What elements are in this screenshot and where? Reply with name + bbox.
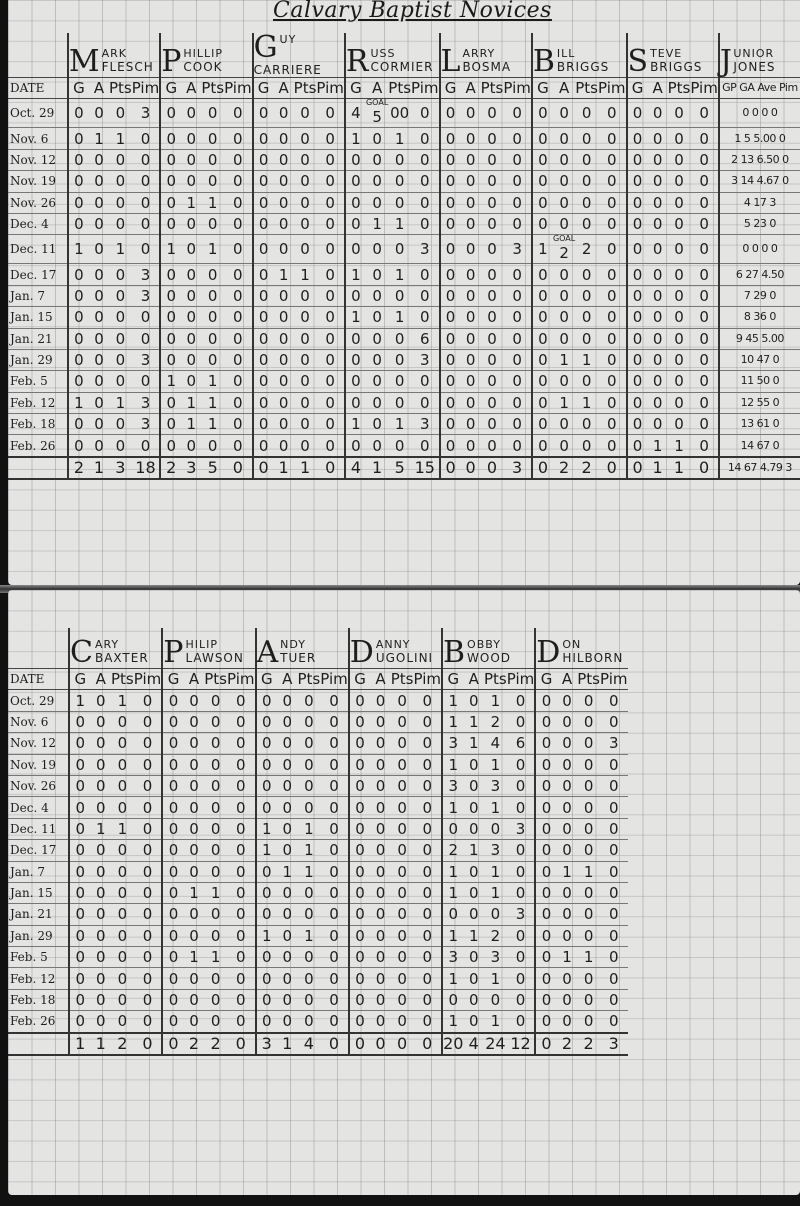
stat-cell: 0 xyxy=(668,99,691,128)
stat-cell: 0 xyxy=(316,235,345,264)
stat-cell: 0 xyxy=(345,371,366,392)
stat-cell: 0 xyxy=(668,371,691,392)
stat-cell: 0 xyxy=(503,285,532,306)
stat-cell: 0 xyxy=(224,285,253,306)
stat-cell: 0 xyxy=(256,1011,278,1033)
stat-cell: 0 xyxy=(648,128,668,149)
stat-cell: 0 xyxy=(109,414,132,435)
game-row: Nov. 1200000000000000000000000000002 13 … xyxy=(8,149,800,170)
stat-cell: 0 xyxy=(132,149,161,170)
stat-cell: 0 xyxy=(253,171,274,192)
stat-cell: 0 xyxy=(256,882,278,903)
stat-cell: 0 xyxy=(648,392,668,413)
game-date: Dec. 11 xyxy=(8,235,68,264)
stat-cell: 0 xyxy=(274,171,294,192)
stat-cell: 0 xyxy=(366,128,388,149)
game-date: Dec. 4 xyxy=(8,213,68,234)
stat-cell: 0 xyxy=(461,371,481,392)
stat-cell: 0 xyxy=(440,171,461,192)
stat-cell: 0 xyxy=(668,192,691,213)
stat-cell: 0 xyxy=(391,818,414,839)
stat-cell: 0 xyxy=(481,235,504,264)
stat-cell: 0 xyxy=(69,733,91,754)
stat-cell: 0 xyxy=(109,99,132,128)
stat-cell: 0 xyxy=(598,128,627,149)
stat-cell: 0 xyxy=(598,171,627,192)
stat-cell: 0 xyxy=(162,818,184,839)
stat-cell: 0 xyxy=(557,797,578,818)
stat-cell: 0 xyxy=(464,775,485,796)
player-header-lawson: PHILIPLAWSON xyxy=(162,628,255,669)
stat-cell: 0 xyxy=(535,818,557,839)
stat-cell: 1 xyxy=(442,968,464,989)
stat-cell: 1 xyxy=(575,392,598,413)
stat-cell: 0 xyxy=(294,285,317,306)
stat-header-pts: Pts xyxy=(111,669,134,690)
stat-cell: 1 xyxy=(274,264,294,285)
stat-cell: 0 xyxy=(256,989,278,1010)
stat-cell: 0 xyxy=(132,235,161,264)
game-row: Feb. 26000000000000000010100000 xyxy=(8,1011,628,1033)
stat-cell: 0 xyxy=(274,349,294,370)
goal-note: GOAL xyxy=(366,99,388,107)
stat-cell: 0 xyxy=(274,414,294,435)
stat-cell: 0 xyxy=(201,307,224,328)
stat-cell: 0 xyxy=(600,754,628,775)
stat-cell: 1 xyxy=(484,882,507,903)
stat-cell: 0 xyxy=(181,171,201,192)
stat-cell: 0 xyxy=(503,414,532,435)
total-cell: 0 xyxy=(461,457,481,479)
stat-cell: 0 xyxy=(553,171,575,192)
total-cell: 0 xyxy=(627,457,648,479)
stat-cell: 0 xyxy=(414,690,443,711)
game-row: Oct. 290003000000004GOAL5000000000000000… xyxy=(8,99,800,128)
stat-cell: 0 xyxy=(366,171,388,192)
goalie-stat-cell: 0 0 0 0 xyxy=(719,235,800,264)
player-initial: A xyxy=(257,638,279,668)
stat-cell: 1 xyxy=(111,690,134,711)
scoring-table-bottom: CARYBAXTERPHILIPLAWSONANDYTUERDANNYUGOLI… xyxy=(8,628,628,1056)
stat-cell: 0 xyxy=(440,328,461,349)
stat-cell: 0 xyxy=(201,99,224,128)
stat-cell: 1 xyxy=(201,392,224,413)
stat-cell: 0 xyxy=(320,989,349,1010)
stat-cell: 0 xyxy=(134,775,163,796)
stat-cell: 3 xyxy=(507,904,536,925)
stat-cell: 2 xyxy=(484,925,507,946)
stat-cell: 0 xyxy=(461,192,481,213)
stat-cell: 3 xyxy=(600,733,628,754)
blank-corner xyxy=(8,628,69,669)
stat-cell: 0 xyxy=(69,1011,91,1033)
game-row: Feb. 5000010100000000000000000000011 50 … xyxy=(8,371,800,392)
stat-cell: 0 xyxy=(320,754,349,775)
stat-cell: 0 xyxy=(111,968,134,989)
stat-cell: 0 xyxy=(370,754,391,775)
stat-cell: 0 xyxy=(294,213,317,234)
stat-cell: 0 xyxy=(227,861,256,882)
stat-cell: 0 xyxy=(535,775,557,796)
stat-cell: 0 xyxy=(204,797,227,818)
stat-cell: 1 xyxy=(442,925,464,946)
stat-cell: 0 xyxy=(111,840,134,861)
stat-cell: 0 xyxy=(201,435,224,457)
stat-cell: 0 xyxy=(575,171,598,192)
stat-cell: 0 xyxy=(648,285,668,306)
stat-cell: 0 xyxy=(68,149,89,170)
player-header-jones: JUNIORJONES xyxy=(719,33,800,78)
stat-cell: 0 xyxy=(277,775,298,796)
total-cell: 0 xyxy=(532,457,553,479)
total-cell: 1 xyxy=(274,457,294,479)
stat-cell: 0 xyxy=(91,947,112,968)
stat-cell: 0 xyxy=(411,128,440,149)
stat-cell: 1 xyxy=(111,818,134,839)
stat-cell: 0 xyxy=(577,1011,600,1033)
game-row: Jan. 1500000000000010100000000000008 36 … xyxy=(8,307,800,328)
stat-cell: 0 xyxy=(134,797,163,818)
stat-cell: 0 xyxy=(91,989,112,1010)
stat-cell: 0 xyxy=(481,192,504,213)
stat-cell: 0 xyxy=(349,968,371,989)
stat-cell: 0 xyxy=(532,285,553,306)
stat-cell: 0 xyxy=(298,797,321,818)
total-cell: 0 xyxy=(370,1033,391,1055)
stat-cell: 0 xyxy=(294,392,317,413)
stat-cell: 2 xyxy=(442,840,464,861)
stat-cell: 0 xyxy=(89,349,109,370)
stat-cell: 0 xyxy=(391,690,414,711)
game-date: Dec. 17 xyxy=(8,264,68,285)
game-date: Jan. 21 xyxy=(8,904,69,925)
game-row: Dec. 4000000000000000010100000 xyxy=(8,797,628,818)
stat-cell: 0 xyxy=(366,435,388,457)
stat-cell: 1 xyxy=(442,861,464,882)
game-row: Dec. 11011000001010000000030000 xyxy=(8,818,628,839)
stat-cell: 0 xyxy=(532,328,553,349)
stat-cell: 0 xyxy=(68,99,89,128)
stat-cell: 0 xyxy=(162,989,184,1010)
stat-cell: 0 xyxy=(181,264,201,285)
game-row: Jan. 2100000000000000060000000000009 45 … xyxy=(8,328,800,349)
game-row: Nov. 601100000000010100000000000001 5 5.… xyxy=(8,128,800,149)
stat-cell: 0 xyxy=(69,989,91,1010)
stat-header-pim: Pim xyxy=(507,669,536,690)
stat-cell: 0 xyxy=(575,307,598,328)
stat-cell: 0 xyxy=(575,285,598,306)
stat-cell: 0 xyxy=(91,690,112,711)
stat-cell: 0 xyxy=(68,192,89,213)
stat-header-g: G xyxy=(532,78,553,99)
stat-cell: 0 xyxy=(442,818,464,839)
stat-cell: 0 xyxy=(557,1011,578,1033)
stat-cell: GOAL5 xyxy=(366,99,388,128)
stat-cell: 0 xyxy=(294,414,317,435)
stat-cell: 0 xyxy=(627,435,648,457)
total-cell: 2 xyxy=(68,457,89,479)
stat-header-g: G xyxy=(69,669,91,690)
game-date: Jan. 21 xyxy=(8,328,68,349)
player-header-cormier: RUSSCORMIER xyxy=(345,33,440,78)
stat-cell: 0 xyxy=(690,435,719,457)
stat-cell: 0 xyxy=(600,1011,628,1033)
stat-cell: 0 xyxy=(184,968,205,989)
stat-cell: 0 xyxy=(224,349,253,370)
total-cell: 0 xyxy=(224,457,253,479)
stat-cell: 0 xyxy=(274,285,294,306)
stat-cell: 0 xyxy=(294,235,317,264)
stat-cell: 1 xyxy=(388,307,411,328)
stat-cell: 0 xyxy=(274,435,294,457)
goalie-stat-cell: 14 67 0 xyxy=(719,435,800,457)
stat-cell: 0 xyxy=(690,171,719,192)
stat-cell: 1 xyxy=(484,690,507,711)
stat-cell: 0 xyxy=(349,797,371,818)
stat-cell: 0 xyxy=(109,307,132,328)
total-cell: 5 xyxy=(388,457,411,479)
stat-cell: 0 xyxy=(532,264,553,285)
stat-cell: 0 xyxy=(111,711,134,732)
stat-cell: 0 xyxy=(557,882,578,903)
stat-cell: 0 xyxy=(184,775,205,796)
stat-cell: 0 xyxy=(575,414,598,435)
stat-cell: 0 xyxy=(575,371,598,392)
total-cell: 0 xyxy=(316,457,345,479)
stat-cell: 0 xyxy=(294,171,317,192)
game-row: Dec. 11101010100000000300031GOAL22000000… xyxy=(8,235,800,264)
stat-cell: 0 xyxy=(227,733,256,754)
stat-cell: 0 xyxy=(68,285,89,306)
stat-cell: 1 xyxy=(464,711,485,732)
stat-cell: 2 xyxy=(575,235,598,264)
stat-cell: 0 xyxy=(162,775,184,796)
stat-cell: 0 xyxy=(89,192,109,213)
stat-cell: 0 xyxy=(160,328,181,349)
stat-cell: 0 xyxy=(204,711,227,732)
stat-cell: GOAL2 xyxy=(553,235,575,264)
stat-cell: 0 xyxy=(91,754,112,775)
stat-cell: 1 xyxy=(160,235,181,264)
stat-cell: 0 xyxy=(503,99,532,128)
game-row: Nov. 6000000000000000011200000 xyxy=(8,711,628,732)
stat-cell: 0 xyxy=(224,171,253,192)
stat-cell: 0 xyxy=(600,840,628,861)
stat-cell: 0 xyxy=(535,882,557,903)
stat-cell: 0 xyxy=(68,349,89,370)
stat-cell: 0 xyxy=(440,349,461,370)
stat-cell: 1 xyxy=(442,1011,464,1033)
stat-cell: 0 xyxy=(577,925,600,946)
player-name-row: MARKFLESCHPHILLIPCOOKGUYCARRIERERUSSCORM… xyxy=(8,33,800,78)
stat-cell: 0 xyxy=(277,711,298,732)
stat-cell: 0 xyxy=(201,285,224,306)
stat-cell: 0 xyxy=(503,213,532,234)
stat-cell: 0 xyxy=(227,754,256,775)
stat-cell: 0 xyxy=(627,414,648,435)
stat-cell: 0 xyxy=(162,733,184,754)
game-row: Jan. 29000000001010000011200000 xyxy=(8,925,628,946)
stat-cell: 0 xyxy=(91,904,112,925)
stat-cell: 0 xyxy=(224,328,253,349)
stat-cell: 0 xyxy=(91,968,112,989)
stat-cell: 0 xyxy=(134,754,163,775)
stat-cell: 0 xyxy=(184,690,205,711)
stat-cell: 0 xyxy=(162,1011,184,1033)
stat-cell: 0 xyxy=(411,192,440,213)
stat-cell: 0 xyxy=(298,690,321,711)
stat-header-g: G xyxy=(162,669,184,690)
stat-cell: 0 xyxy=(648,235,668,264)
stat-cell: 0 xyxy=(366,235,388,264)
stat-cell: 0 xyxy=(598,349,627,370)
stat-cell: 0 xyxy=(316,264,345,285)
stat-cell: 0 xyxy=(484,904,507,925)
stat-cell: 0 xyxy=(349,754,371,775)
total-cell: 0 xyxy=(598,457,627,479)
stat-cell: 0 xyxy=(557,754,578,775)
stat-cell: 0 xyxy=(557,690,578,711)
stat-cell: 0 xyxy=(162,861,184,882)
stat-header-pts: Pts xyxy=(294,78,317,99)
stat-cell: 0 xyxy=(294,307,317,328)
stat-cell: 0 xyxy=(370,775,391,796)
stat-cell: 0 xyxy=(184,711,205,732)
stat-cell: 0 xyxy=(575,328,598,349)
stat-cell: 0 xyxy=(690,213,719,234)
stat-cell: 0 xyxy=(600,947,628,968)
stat-cell: 0 xyxy=(227,904,256,925)
stat-cell: 1 xyxy=(184,882,205,903)
stat-cell: 3 xyxy=(442,775,464,796)
total-cell: 3 xyxy=(256,1033,278,1055)
stat-cell: 0 xyxy=(316,349,345,370)
stat-cell: 0 xyxy=(598,285,627,306)
stat-cell: 0 xyxy=(503,435,532,457)
stat-cell: 0 xyxy=(464,690,485,711)
player-initial: J xyxy=(720,47,732,77)
stat-cell: 0 xyxy=(388,392,411,413)
stat-cell: 1 xyxy=(464,925,485,946)
stat-header-g: G xyxy=(68,78,89,99)
game-row: Dec. 17000000001010000021300000 xyxy=(8,840,628,861)
game-date: Feb. 12 xyxy=(8,392,68,413)
game-row: Nov. 12000000000000000031460003 xyxy=(8,733,628,754)
stat-cell: 0 xyxy=(532,213,553,234)
stat-cell: 0 xyxy=(204,968,227,989)
total-cell: 0 xyxy=(162,1033,184,1055)
stat-cell: 3 xyxy=(484,840,507,861)
stat-cell: 0 xyxy=(575,99,598,128)
stat-header-g: G xyxy=(256,669,278,690)
stat-cell: 0 xyxy=(600,797,628,818)
stat-cell: 0 xyxy=(366,285,388,306)
stat-cell: 0 xyxy=(557,968,578,989)
stat-cell: 0 xyxy=(109,285,132,306)
stat-cell: 0 xyxy=(481,99,504,128)
stat-cell: 0 xyxy=(481,349,504,370)
totals-row: 112002203140000020424120223 xyxy=(8,1033,628,1055)
stat-cell: 1 xyxy=(388,213,411,234)
stat-cell: 0 xyxy=(668,213,691,234)
stat-cell: 0 xyxy=(316,307,345,328)
stat-cell: 1 xyxy=(201,235,224,264)
stat-cell: 0 xyxy=(349,882,371,903)
stat-cell: 0 xyxy=(464,882,485,903)
total-cell: 0 xyxy=(391,1033,414,1055)
player-header-briggs: STEVEBRIGGS xyxy=(627,33,719,78)
stat-cell: 0 xyxy=(134,882,163,903)
stat-cell: 00 xyxy=(388,99,411,128)
stat-cell: 0 xyxy=(298,775,321,796)
stat-cell: 3 xyxy=(411,414,440,435)
game-date: Nov. 6 xyxy=(8,128,68,149)
stat-cell: 0 xyxy=(366,307,388,328)
stat-cell: 0 xyxy=(503,392,532,413)
stat-cell: 0 xyxy=(690,99,719,128)
stat-cell: 0 xyxy=(627,128,648,149)
stat-cell: 0 xyxy=(162,925,184,946)
scoring-table-top: MARKFLESCHPHILLIPCOOKGUYCARRIERERUSSCORM… xyxy=(8,33,800,480)
stat-cell: 0 xyxy=(345,392,366,413)
stat-cell: 0 xyxy=(503,128,532,149)
stat-cell: 0 xyxy=(690,371,719,392)
stat-cell: 0 xyxy=(277,904,298,925)
stat-cell: 0 xyxy=(316,99,345,128)
stat-cell: 0 xyxy=(227,947,256,968)
stat-cell: 0 xyxy=(68,128,89,149)
stat-cell: 0 xyxy=(320,775,349,796)
total-cell: 3 xyxy=(181,457,201,479)
total-cell: 2 xyxy=(553,457,575,479)
stat-cell: 6 xyxy=(507,733,536,754)
stat-cell: 0 xyxy=(320,968,349,989)
stat-cell: 1 xyxy=(256,818,278,839)
stat-cell: 1 xyxy=(201,192,224,213)
stat-cell: 0 xyxy=(204,1011,227,1033)
stat-cell: 0 xyxy=(370,882,391,903)
stat-cell: 1 xyxy=(204,947,227,968)
total-cell: 0 xyxy=(320,1033,349,1055)
stat-cell: 0 xyxy=(461,235,481,264)
stat-cell: 0 xyxy=(461,171,481,192)
stat-header-pts: Pts xyxy=(481,78,504,99)
stat-cell: 0 xyxy=(414,989,443,1010)
stat-cell: 0 xyxy=(507,882,536,903)
stat-cell: 0 xyxy=(442,904,464,925)
stat-cell: 0 xyxy=(111,989,134,1010)
stat-cell: 0 xyxy=(134,947,163,968)
stat-cell: 3 xyxy=(132,99,161,128)
stat-cell: 0 xyxy=(345,213,366,234)
stat-cell: 0 xyxy=(600,690,628,711)
stat-cell: 0 xyxy=(345,349,366,370)
stat-cell: 3 xyxy=(442,947,464,968)
stat-cell: 0 xyxy=(134,818,163,839)
stat-cell: 0 xyxy=(294,99,317,128)
game-date: Nov. 6 xyxy=(8,711,69,732)
stat-cell: 0 xyxy=(414,733,443,754)
total-cell: 0 xyxy=(134,1033,163,1055)
stat-cell: 0 xyxy=(366,192,388,213)
stat-cell: 0 xyxy=(162,904,184,925)
stat-cell: 0 xyxy=(535,733,557,754)
stat-cell: 0 xyxy=(507,797,536,818)
goalie-stat-cell: 1 5 5.00 0 xyxy=(719,128,800,149)
stat-cell: 0 xyxy=(253,264,274,285)
total-cell: 2 xyxy=(577,1033,600,1055)
total-cell: 20 xyxy=(442,1033,464,1055)
